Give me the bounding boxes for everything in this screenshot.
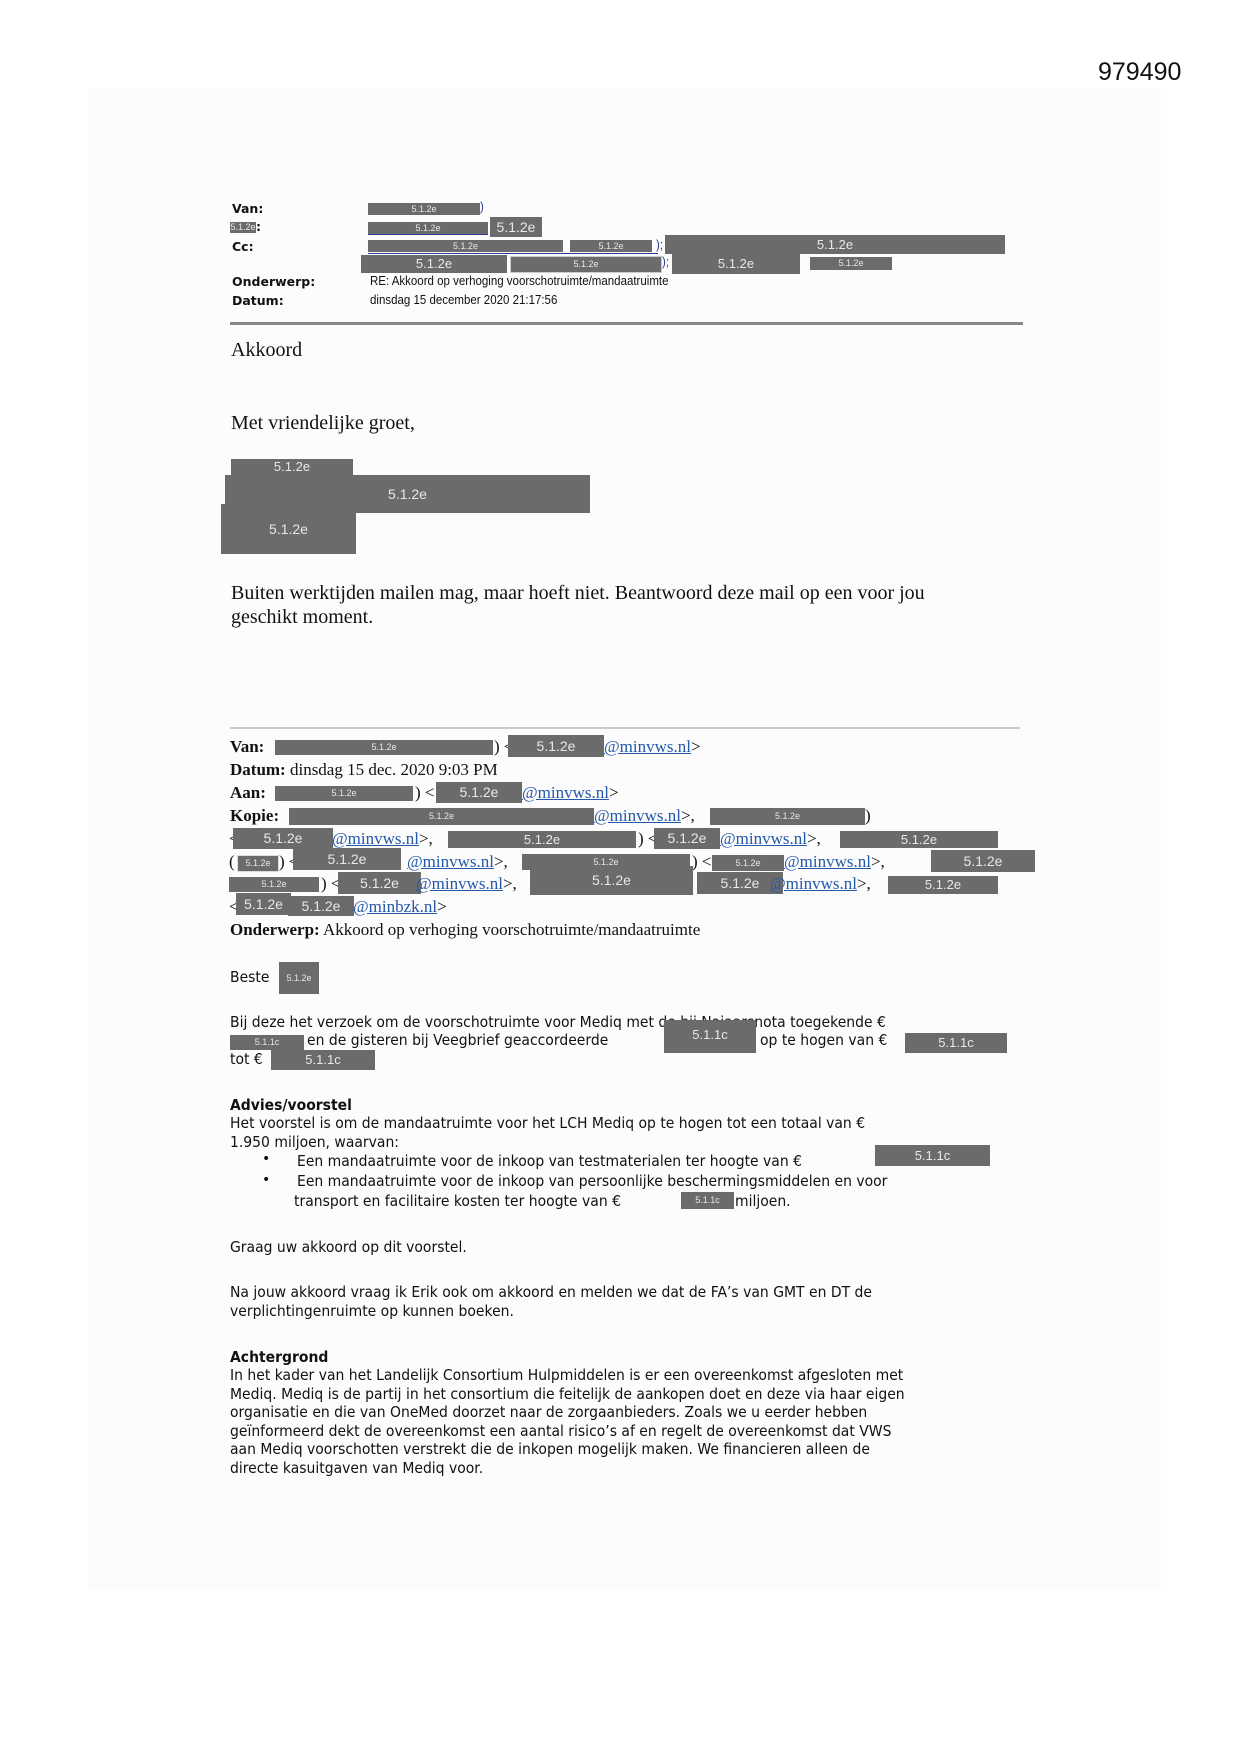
cc-domain-o: @minvws.nl>, [770,874,871,894]
background-heading-text: Achtergrond [230,1348,328,1366]
redaction-amount-1: 5.1.1c [230,1035,304,1050]
bullet-2-line1: Een mandaatruimte voor de inkoop van per… [297,1172,887,1191]
redaction-orig-from-name: 5.1.2e [275,740,493,755]
greeting: Beste [230,968,269,987]
orig-cc-row: Kopie: [230,806,279,826]
cc-domain-c: @minvws.nl>, [332,829,433,849]
redaction-cc-p: 5.1.2e [888,876,998,894]
bullet-icon: • [262,1151,270,1167]
reply-date: dinsdag 15 december 2020 21:17:56 [370,293,557,307]
paren: ) < [692,852,712,872]
cc-domain-j: @minvws.nl>, [784,852,885,872]
redaction-cc-k: 5.1.2e [931,850,1035,872]
background-line: In het kader van het Landelijk Consortiu… [230,1366,903,1385]
paren: ) < [415,783,435,803]
cc-domain-h: @minvws.nl>, [407,852,508,872]
redaction-cc-5: 5.1.2e [510,256,662,273]
header-divider [230,322,1023,325]
redaction-cc-j: 5.1.2e [712,855,784,871]
to-label-colon: : [256,219,261,234]
email-link[interactable]: @minvws.nl [604,737,691,756]
orig-to-label: Aan: [230,783,266,802]
next-step-line1: Na jouw akkoord vraag ik Erik ook om akk… [230,1283,872,1302]
redaction-cc-2: 5.1.2e [570,240,652,252]
reply-cc-label: Cc: [232,239,254,254]
orig-from-row: Van: [230,737,264,757]
bullet-2-line2a: transport en facilitaire kosten ter hoog… [294,1192,621,1211]
redaction-cc-l: 5.1.2e [229,877,319,892]
orig-subject: Akkoord op verhoging voorschotruimte/man… [323,920,700,939]
background-line: directe kasuitgaven van Mediq voor. [230,1459,483,1478]
bullet-icon: • [262,1172,270,1188]
email-link[interactable]: @minvws.nl [720,829,807,848]
orig-from-label: Van: [230,737,264,756]
redaction-cc-m: 5.1.2e [338,872,421,894]
background-line: geïnformeerd dekt de overeenkomst een aa… [230,1422,891,1441]
signature-redaction-1: 5.1.2e [231,459,353,475]
redaction-to-2: 5.1.2e [490,217,542,237]
reply-subject: RE: Akkoord op verhoging voorschotruimte… [370,274,669,288]
email-link[interactable]: @minvws.nl [522,783,609,802]
redaction-cc-b: 5.1.2e [710,808,865,825]
separator: ); [656,238,663,252]
paren: ) [865,806,871,826]
redaction-cc-d: 5.1.2e [448,831,636,848]
advice-line1: Het voorstel is om de mandaatruimte voor… [230,1114,865,1133]
background-line: Mediq. Mediq is de partij in het consort… [230,1385,905,1404]
cc-domain-e: @minvws.nl>, [720,829,821,849]
redaction-cc-7: 5.1.2e [810,257,892,270]
link-underline [368,234,488,235]
para1-line3: tot € [230,1050,263,1069]
redaction-cc-r: 5.1.2e [288,896,354,916]
reply-body: Akkoord [231,339,302,362]
redaction-amount-3: 5.1.1c [905,1033,1007,1053]
redaction-amount-2: 5.1.1c [664,1020,756,1053]
orig-cc-label: Kopie: [230,806,279,825]
reply-date-label: Datum: [232,293,284,308]
orig-date-row: Datum: dinsdag 15 dec. 2020 9:03 PM [230,760,498,780]
reply-from-label: Van: [232,201,263,216]
document-number: 979490 [1098,58,1181,87]
redaction-amount-5: 5.1.1c [875,1145,990,1166]
email-link[interactable]: @minvws.nl [594,806,681,825]
redaction-amount-4: 5.1.1c [271,1050,375,1070]
para1-line1: Bij deze het verzoek om de voorschotruim… [230,1013,886,1032]
redaction-cc-g: 5.1.2e [237,855,279,872]
redaction-cc-h: 5.1.2e [293,848,401,870]
advice-line2: 1.950 miljoen, waarvan: [230,1133,399,1152]
signature-redaction-2-label: 5.1.2e [388,486,427,502]
email-link[interactable]: @minbzk.nl [353,897,437,916]
redaction-cc-1: 5.1.2e [368,240,563,252]
advice-heading-text: Advies/voorstel [230,1096,352,1114]
redaction-cc-f: 5.1.2e [840,831,998,848]
redaction-cc-n: 5.1.2e [530,866,693,895]
redaction-cc-6: 5.1.2e [672,254,800,274]
signature-redaction-3: 5.1.2e [221,504,356,554]
bullet-2-line2b: miljoen. [735,1192,791,1211]
redaction-cc-a: 5.1.2e [289,808,594,825]
footer-note-line2: geschikt moment. [231,606,373,629]
redaction-greeting-name: 5.1.2e [279,962,319,994]
footer-note-line1: Buiten werktijden mailen mag, maar hoeft… [231,582,925,605]
orig-from-domain: @minvws.nl> [604,737,701,757]
redaction-cc-c: 5.1.2e [233,828,333,849]
email-link[interactable]: @minvws.nl [784,852,871,871]
redaction-cc-e: 5.1.2e [654,828,720,849]
forward-divider [230,727,1020,729]
link-underline [368,253,658,254]
para1-line2b: op te hogen van € [760,1031,887,1050]
orig-to-domain: @minvws.nl> [522,783,619,803]
email-link[interactable]: @minvws.nl [332,829,419,848]
next-step-line2: verplichtingenruimte op kunnen boeken. [230,1302,514,1321]
redaction-cc-4: 5.1.2e [361,255,507,273]
orig-subject-label: Onderwerp: [230,920,320,939]
email-link[interactable]: @minvws.nl [407,852,494,871]
background-heading: Achtergrond [230,1348,328,1367]
orig-date-label: Datum: [230,760,286,779]
orig-to-row: Aan: [230,783,266,803]
redaction-from: 5.1.2e [368,203,480,215]
redaction-to: 5.1.2e [368,222,488,234]
redaction-cc-q: 5.1.2e [236,893,291,915]
email-link[interactable]: @minvws.nl [416,874,503,893]
paren: ) [480,200,484,214]
background-line: organisatie en die van OneMed doorzet na… [230,1403,867,1422]
separator: ); [662,255,669,269]
redaction-cc-3: 5.1.2e [665,235,1005,254]
paren: ( [229,852,235,872]
cc-domain-m: @minvws.nl>, [416,874,517,894]
reply-closing: Met vriendelijke groet, [231,412,415,435]
redaction-orig-from-email: 5.1.2e [508,735,604,757]
redaction-orig-to-email: 5.1.2e [436,782,522,803]
reply-subject-label: Onderwerp: [232,274,315,289]
cc-domain-bzk: @minbzk.nl> [353,897,447,917]
redaction-amount-6: 5.1.1c [681,1192,734,1209]
redaction-orig-to-name: 5.1.2e [275,786,413,801]
bullet-1: Een mandaatruimte voor de inkoop van tes… [297,1152,802,1171]
email-link[interactable]: @minvws.nl [770,874,857,893]
advice-heading: Advies/voorstel [230,1096,352,1115]
cc-domain-a: @minvws.nl>, [594,806,695,826]
orig-subject-row: Onderwerp: Akkoord op verhoging voorscho… [230,920,700,940]
redaction-to-label: 5.1.2e [230,222,256,233]
request: Graag uw akkoord op dit voorstel. [230,1238,467,1257]
background-line: aan Mediq voorschotten verstrekt die de … [230,1440,870,1459]
orig-date: dinsdag 15 dec. 2020 9:03 PM [290,760,498,779]
para1-line2a: en de gisteren bij Veegbrief geaccordeer… [307,1031,608,1050]
